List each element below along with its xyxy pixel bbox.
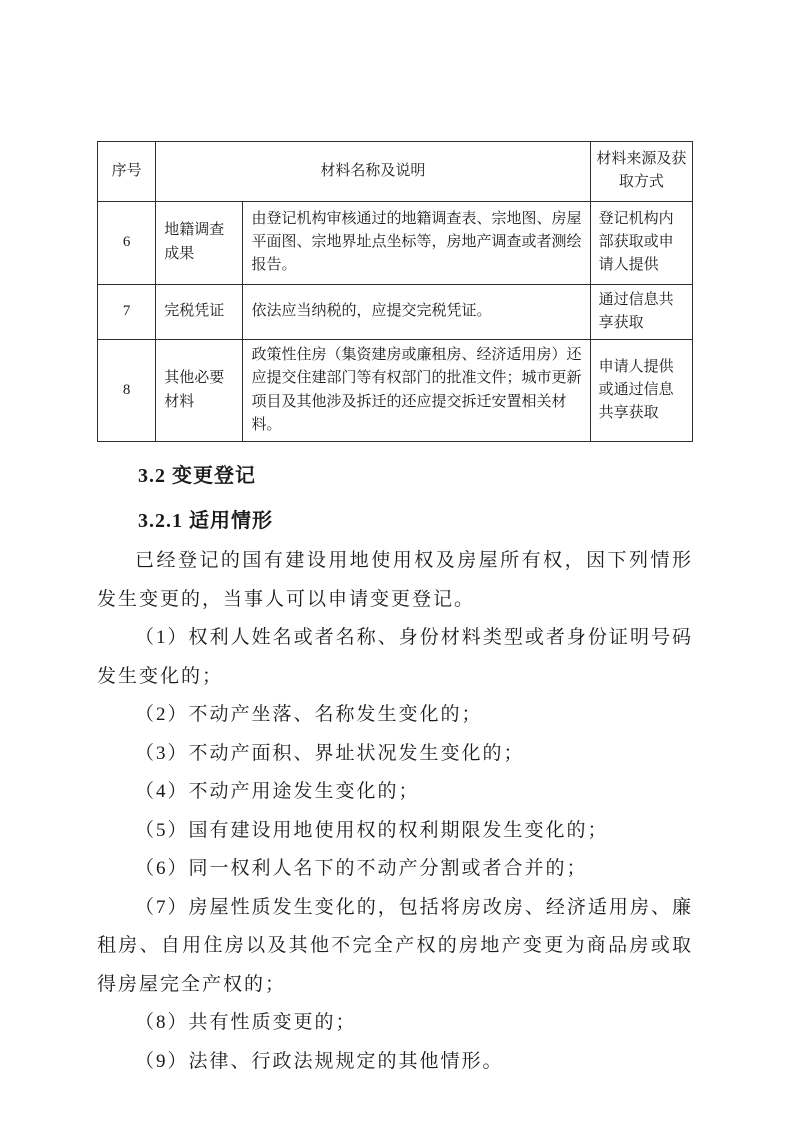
table-row: 8 其他必要材料 政策性住房（集资建房或廉租房、经济适用房）还应提交住建部门等有… bbox=[98, 340, 693, 442]
header-cell-source: 材料来源及获取方式 bbox=[590, 142, 692, 202]
list-item: （9）法律、行政法规规定的其他情形。 bbox=[97, 1043, 693, 1082]
list-item: （1）权利人姓名或者名称、身份材料类型或者身份证明号码发生变化的； bbox=[97, 619, 693, 696]
section-heading-3-2: 3.2 变更登记 bbox=[97, 464, 693, 488]
cell-desc: 依法应当纳税的，应提交完税凭证。 bbox=[243, 284, 590, 340]
cell-no: 7 bbox=[98, 284, 156, 340]
materials-table: 序号 材料名称及说明 材料来源及获取方式 6 地籍调查成果 由登记机构审核通过的… bbox=[97, 141, 693, 442]
cell-name: 完税凭证 bbox=[156, 284, 243, 340]
list-item: （6）同一权利人名下的不动产分割或者合并的； bbox=[97, 850, 693, 889]
document-page: 序号 材料名称及说明 材料来源及获取方式 6 地籍调查成果 由登记机构审核通过的… bbox=[0, 0, 793, 1122]
cell-desc: 由登记机构审核通过的地籍调查表、宗地图、房屋平面图、宗地界址点坐标等，房地产调查… bbox=[243, 201, 590, 284]
list-item: （7）房屋性质发生变化的，包括将房改房、经济适用房、廉租房、自用住房以及其他不完… bbox=[97, 889, 693, 1005]
table-row: 6 地籍调查成果 由登记机构审核通过的地籍调查表、宗地图、房屋平面图、宗地界址点… bbox=[98, 201, 693, 284]
list-item: （2）不动产坐落、名称发生变化的； bbox=[97, 696, 693, 735]
table-header-row: 序号 材料名称及说明 材料来源及获取方式 bbox=[98, 142, 693, 202]
cell-name: 其他必要材料 bbox=[156, 340, 243, 442]
cell-source: 登记机构内部获取或申请人提供 bbox=[590, 201, 692, 284]
cell-no: 6 bbox=[98, 201, 156, 284]
cell-desc: 政策性住房（集资建房或廉租房、经济适用房）还应提交住建部门等有权部门的批准文件；… bbox=[243, 340, 590, 442]
header-cell-name-desc: 材料名称及说明 bbox=[156, 142, 590, 202]
table-row: 7 完税凭证 依法应当纳税的，应提交完税凭证。 通过信息共享获取 bbox=[98, 284, 693, 340]
intro-paragraph: 已经登记的国有建设用地使用权及房屋所有权，因下列情形发生变更的，当事人可以申请变… bbox=[97, 542, 693, 619]
list-item: （3）不动产面积、界址状况发生变化的； bbox=[97, 735, 693, 774]
list-item: （5）国有建设用地使用权的权利期限发生变化的； bbox=[97, 812, 693, 851]
cell-name: 地籍调查成果 bbox=[156, 201, 243, 284]
header-cell-no: 序号 bbox=[98, 142, 156, 202]
list-item: （4）不动产用途发生变化的； bbox=[97, 773, 693, 812]
cell-no: 8 bbox=[98, 340, 156, 442]
list-item: （8）共有性质变更的； bbox=[97, 1004, 693, 1043]
cell-source: 通过信息共享获取 bbox=[590, 284, 692, 340]
cell-source: 申请人提供或通过信息共享获取 bbox=[590, 340, 692, 442]
section-heading-3-2-1: 3.2.1 适用情形 bbox=[97, 509, 693, 533]
